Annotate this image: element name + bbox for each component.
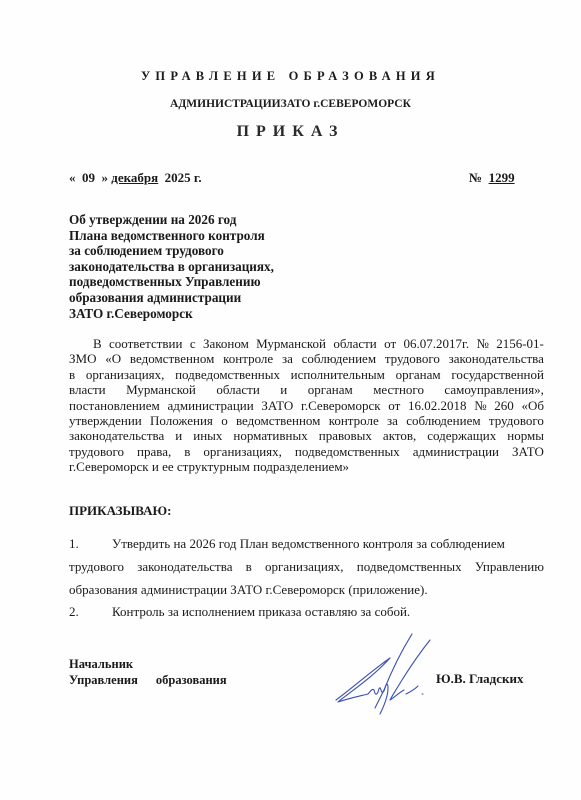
organization-title: УПРАВЛЕНИЕ ОБРАЗОВАНИЯ bbox=[0, 69, 581, 84]
word: «О bbox=[105, 351, 121, 366]
word: 2156-01- bbox=[496, 336, 544, 351]
position-line: Начальник bbox=[69, 656, 227, 672]
word: трудового bbox=[69, 559, 124, 575]
word: ЗАТО bbox=[512, 444, 544, 459]
order-text: Контроль за исполнением приказа оставляю… bbox=[112, 604, 410, 619]
word: соблюдением bbox=[302, 351, 376, 366]
preamble-line: постановлениемадминистрацииЗАТОг.Севером… bbox=[69, 398, 544, 413]
word: организациях, bbox=[203, 444, 282, 459]
word: организациях, bbox=[86, 367, 165, 382]
word: с bbox=[190, 336, 196, 351]
word: 06.07.2017г. bbox=[403, 336, 469, 351]
word: Мурманской bbox=[126, 382, 196, 397]
word: г.Североморск bbox=[301, 398, 381, 413]
word: ведомственном bbox=[236, 413, 320, 428]
preamble-line: трудовогоправа,ворганизациях,подведомств… bbox=[69, 444, 544, 459]
order-text: Утвердить на 2026 год План ведомственног… bbox=[112, 536, 505, 551]
order-item-1-continuation: трудовогозаконодательстваворганизациях,п… bbox=[69, 559, 544, 575]
word: подведомственных bbox=[357, 559, 462, 575]
word: Управлению bbox=[475, 559, 544, 575]
date-open-quote: « bbox=[69, 170, 76, 185]
date-year: 2025 г. bbox=[165, 170, 202, 185]
word: контроле bbox=[223, 351, 273, 366]
word: «Об bbox=[521, 398, 544, 413]
order-item-1: 1.Утвердить на 2026 год План ведомственн… bbox=[69, 536, 505, 552]
preamble-paragraph: ВсоответствиисЗакономМурманскойобластиот… bbox=[69, 336, 544, 475]
preamble-line: ЗМО«Оведомственномконтролезасоблюдениемт… bbox=[69, 351, 544, 366]
orders-heading: ПРИКАЗЫВАЮ: bbox=[69, 503, 172, 519]
word: № bbox=[476, 336, 488, 351]
subject-line: образования администрации bbox=[69, 290, 274, 306]
word: постановлением bbox=[69, 398, 160, 413]
word: 16.02.2018 bbox=[408, 398, 467, 413]
word: ведомственном bbox=[130, 351, 214, 366]
order-text: образования администрации ЗАТО г.Севером… bbox=[69, 582, 428, 598]
word: и bbox=[280, 382, 287, 397]
word: государственной bbox=[451, 367, 544, 382]
word: власти bbox=[69, 382, 106, 397]
word: содержащих bbox=[427, 428, 496, 443]
word: администрации bbox=[167, 398, 253, 413]
word: нормативных bbox=[233, 428, 307, 443]
word: подведомственных bbox=[175, 367, 280, 382]
word: о bbox=[221, 413, 228, 428]
number-value: 1299 bbox=[489, 170, 515, 185]
word: законодательства bbox=[449, 351, 544, 366]
number-sign: № bbox=[469, 170, 482, 185]
word: области bbox=[216, 382, 259, 397]
preamble-line: ворганизациях,подведомственныхисполнител… bbox=[69, 367, 544, 382]
word: Законом bbox=[203, 336, 249, 351]
word: от bbox=[384, 336, 396, 351]
word: ЗАТО bbox=[261, 398, 293, 413]
word: законодательства bbox=[69, 428, 164, 443]
document-type-title: ПРИКАЗ bbox=[0, 123, 581, 141]
date-close-quote: » bbox=[102, 170, 109, 185]
subject-line: ЗАТО г.Североморск bbox=[69, 306, 274, 322]
word: трудового bbox=[69, 444, 124, 459]
word: за bbox=[387, 413, 398, 428]
order-number: 1. bbox=[69, 536, 112, 552]
word: и bbox=[175, 428, 182, 443]
word: контроле bbox=[329, 413, 379, 428]
preamble-line: утвержденииПоложенияоведомственномконтро… bbox=[69, 413, 544, 428]
word: области bbox=[333, 336, 376, 351]
word: местного bbox=[373, 382, 424, 397]
word: иных bbox=[193, 428, 222, 443]
word: органам bbox=[308, 382, 353, 397]
word: органам bbox=[396, 367, 441, 382]
preamble-line: ВсоответствиисЗакономМурманскойобластиот… bbox=[69, 336, 544, 351]
word: от bbox=[388, 398, 400, 413]
date-month: декабря bbox=[111, 170, 158, 185]
word: № bbox=[474, 398, 486, 413]
word: соблюдением bbox=[406, 413, 480, 428]
word: самоуправления», bbox=[444, 382, 544, 397]
word: организациях, bbox=[265, 559, 344, 575]
date-day: 09 bbox=[82, 170, 95, 185]
word: трудового bbox=[489, 413, 544, 428]
document-date: « 09 » декабря 2025 г. bbox=[69, 170, 202, 186]
word: подведомственных bbox=[295, 444, 400, 459]
document-page: УПРАВЛЕНИЕ ОБРАЗОВАНИЯ АДМИНИСТРАЦИИЗАТО… bbox=[0, 0, 581, 800]
word: Положения bbox=[150, 413, 213, 428]
word: права, bbox=[137, 444, 171, 459]
word: в bbox=[69, 367, 75, 382]
position-line: Управленияобразования bbox=[69, 672, 227, 688]
word: 260 bbox=[494, 398, 514, 413]
word: В bbox=[93, 336, 102, 351]
word: соответствии bbox=[109, 336, 182, 351]
word: Мурманской bbox=[256, 336, 326, 351]
signature-icon bbox=[330, 630, 450, 720]
subject-line: законодательства в организациях, bbox=[69, 259, 274, 275]
word: утверждении bbox=[69, 413, 142, 428]
signer-position: Начальник Управленияобразования bbox=[69, 656, 227, 688]
document-number: № 1299 bbox=[469, 170, 515, 186]
preamble-line: г.Североморск и ее структурным подраздел… bbox=[69, 459, 544, 474]
preamble-line: законодательстваииныхнормативныхправовых… bbox=[69, 428, 544, 443]
order-number: 2. bbox=[69, 604, 112, 620]
word: исполнительным bbox=[291, 367, 385, 382]
subject-line: подведомственных Управлению bbox=[69, 274, 274, 290]
word: за bbox=[282, 351, 293, 366]
subject-line: Плана ведомственного контроля bbox=[69, 228, 274, 244]
preamble-line: властиМурманскойобластииорганамместногос… bbox=[69, 382, 544, 397]
subject-line: Об утверждении на 2026 год bbox=[69, 212, 274, 228]
word: в bbox=[246, 559, 252, 575]
document-subject: Об утверждении на 2026 год Плана ведомст… bbox=[69, 212, 274, 321]
word: нормы bbox=[507, 428, 544, 443]
word: ЗМО bbox=[69, 351, 96, 366]
position-word: Управления bbox=[69, 673, 138, 687]
word: в bbox=[184, 444, 190, 459]
position-word: образования bbox=[156, 673, 227, 687]
word: актов, bbox=[383, 428, 416, 443]
signer-name: Ю.В. Гладских bbox=[436, 671, 523, 687]
preamble-text: г.Североморск и ее структурным подраздел… bbox=[69, 459, 349, 474]
word: администрации bbox=[413, 444, 499, 459]
subject-line: за соблюдением трудового bbox=[69, 243, 274, 259]
order-item-1-continuation: образования администрации ЗАТО г.Севером… bbox=[69, 582, 544, 598]
word: правовых bbox=[319, 428, 372, 443]
word: законодательства bbox=[137, 559, 232, 575]
administration-title: АДМИНИСТРАЦИИЗАТО г.СЕВЕРОМОРСК bbox=[0, 98, 581, 110]
order-item-2: 2.Контроль за исполнением приказа оставл… bbox=[69, 604, 410, 620]
word: трудового bbox=[385, 351, 440, 366]
